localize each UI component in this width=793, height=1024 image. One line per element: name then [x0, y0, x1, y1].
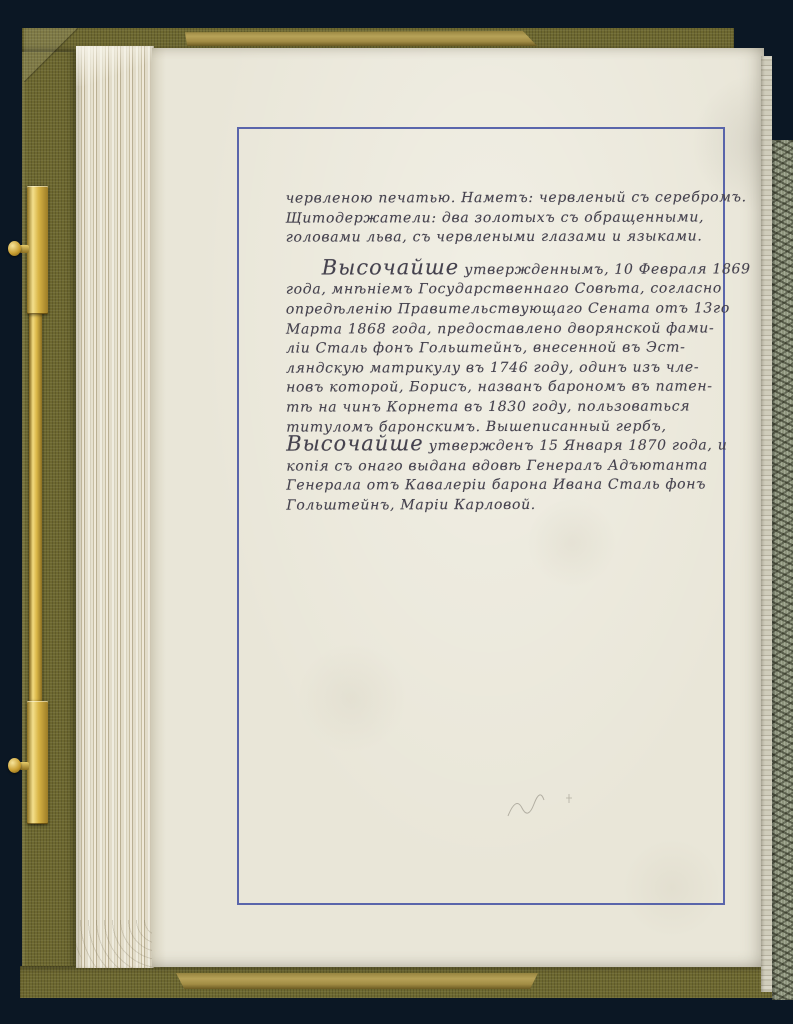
manuscript-line: копія съ онаго выдана вдовѣ Генералъ Адъ…: [286, 453, 732, 474]
line-lead-word: Высочайше: [286, 431, 423, 455]
line-text: Гольштейнъ, Маріи Карловой.: [286, 497, 536, 514]
line-text: опредѣленію Правительствующаго Сената от…: [286, 300, 730, 317]
line-text: ляндскую матрикулу въ 1746 году, одинъ и…: [286, 359, 699, 376]
brass-edge-strip-top: [185, 31, 537, 46]
pencil-scribble: [500, 786, 590, 826]
page-stack-bottom-curl: [76, 920, 160, 968]
page-edge-stack: [76, 46, 154, 968]
manuscript-line: Высочайше утвержденъ 15 Января 1870 года…: [286, 434, 732, 455]
manuscript-line: ліи Сталь фонъ Гольштейнъ, внесенной въ …: [286, 336, 732, 357]
line-text: червленою печатью. Наметъ: червленый съ …: [286, 189, 747, 206]
manuscript-line: тѣ на чинъ Корнета въ 1830 году, пользов…: [286, 394, 732, 415]
line-text: Генерала отъ Кавалеріи барона Ивана Стал…: [286, 477, 706, 494]
manuscript-line-paragraph-start: Высочайше утвержденнымъ, 10 Февраля 1869: [286, 257, 732, 278]
manuscript-line: новъ которой, Борисъ, названъ барономъ в…: [286, 375, 732, 396]
line-text: Щитодержатели: два золотыхъ съ обращенны…: [286, 209, 705, 226]
line-text: утвержденъ 15 Января 1870 года, и: [424, 438, 728, 455]
manuscript-text-block: червленою печатью. Наметъ: червленый съ …: [286, 185, 733, 513]
brass-clasp-top: [27, 186, 48, 314]
clasp-knob-top: [8, 241, 21, 256]
line-text: Марта 1868 года, предоставлено дворянско…: [286, 320, 715, 337]
line-text: головами льва, съ червлеными глазами и я…: [286, 229, 703, 246]
manuscript-line: Марта 1868 года, предоставлено дворянско…: [286, 316, 732, 337]
line-text: тѣ на чинъ Корнета въ 1830 году, пользов…: [286, 398, 690, 415]
line-text: года, мнѣніемъ Государственнаго Совѣта, …: [286, 281, 722, 298]
manuscript-line: опредѣленію Правительствующаго Сената от…: [286, 296, 732, 317]
line-text: копія съ онаго выдана вдовѣ Генералъ Адъ…: [286, 457, 708, 474]
manuscript-line: Гольштейнъ, Маріи Карловой.: [286, 492, 732, 513]
line-text: новъ которой, Борисъ, названъ барономъ в…: [286, 379, 713, 396]
patterned-endpaper-strip: [772, 140, 793, 1000]
page-stack-top-fan: [76, 46, 154, 86]
manuscript-line: червленою печатью. Наметъ: червленый съ …: [286, 185, 732, 206]
brass-clasp-bottom: [27, 701, 48, 824]
manuscript-line: Генерала отъ Кавалеріи барона Ивана Стал…: [286, 473, 732, 494]
line-text: ліи Сталь фонъ Гольштейнъ, внесенной въ …: [286, 340, 686, 357]
page-fore-edge: [761, 56, 772, 992]
line-text: утвержденнымъ, 10 Февраля 1869: [459, 261, 751, 278]
cover-mitered-corner: [24, 28, 78, 82]
brass-edge-strip-bottom: [176, 973, 538, 989]
manuscript-line: года, мнѣніемъ Государственнаго Совѣта, …: [286, 277, 732, 298]
manuscript-line: головами льва, съ червлеными глазами и я…: [286, 225, 732, 246]
manuscript-line: ляндскую матрикулу въ 1746 году, одинъ и…: [286, 355, 732, 376]
line-lead-word: Высочайше: [322, 255, 459, 279]
clasp-knob-bottom: [8, 758, 21, 773]
manuscript-line: Щитодержатели: два золотыхъ съ обращенны…: [286, 205, 732, 226]
book-photo-stage: червленою печатью. Наметъ: червленый съ …: [0, 0, 793, 1024]
